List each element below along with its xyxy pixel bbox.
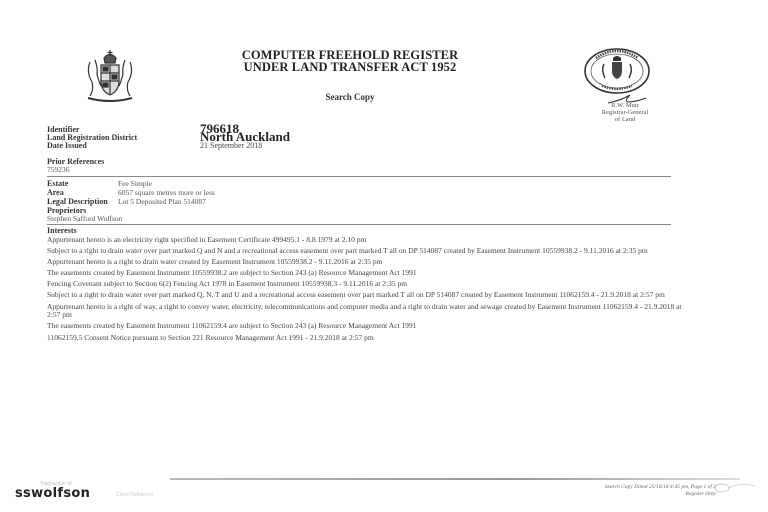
legal-description-label: Legal Description: [47, 197, 108, 206]
registrar-title-2: of Land: [585, 116, 665, 123]
title-line-2: UNDER LAND TRANSFER ACT 1952: [185, 61, 515, 73]
legal-description-value: Lot 5 Deposited Plan 514087: [118, 197, 206, 206]
client-reference-label: Client Reference: [116, 492, 153, 498]
interest-item: Appurtenant hereto is a right to drain w…: [47, 258, 687, 267]
interest-item: The easements created by Easement Instru…: [47, 322, 687, 331]
divider: [47, 224, 671, 225]
interest-item: 11062159.5 Consent Notice pursuant to Se…: [47, 334, 687, 343]
interest-item: The easements created by Easement Instru…: [47, 269, 687, 278]
interests-list: Appurtenant hereto is an electricity rig…: [47, 236, 687, 345]
footer-divider: [170, 478, 740, 480]
estate-value: Fee Simple: [118, 179, 152, 188]
username-watermark: sswolfson: [15, 486, 90, 501]
document-title: COMPUTER FREEHOLD REGISTER UNDER LAND TR…: [185, 49, 515, 73]
prior-references-value: 759236: [47, 165, 70, 174]
interests-label: Interests: [47, 226, 77, 235]
proprietors-value: Stephen Safford Wolfson: [47, 214, 122, 223]
estate-label: Estate: [47, 179, 68, 188]
area-label: Area: [47, 188, 64, 197]
divider: [47, 176, 671, 177]
interest-item: Fencing Covenant subject to Section 6(2)…: [47, 280, 687, 289]
footer-swirl-icon: [712, 482, 756, 494]
date-issued-value: 21 September 2018: [200, 141, 262, 150]
search-copy-label: Search Copy: [185, 92, 515, 102]
interest-item: Subject to a right to drain water over p…: [47, 291, 687, 300]
footer-page-info: Search Copy Dated 25/10/18 4:45 pm, Page…: [490, 484, 716, 498]
registrar-seal-icon: [582, 46, 652, 96]
coat-of-arms-icon: [82, 48, 138, 104]
interest-item: Appurtenant hereto is an electricity rig…: [47, 236, 687, 245]
register-only-label: Register Only: [490, 491, 716, 498]
registrar-name: R.W. Muir: [585, 102, 665, 109]
search-copy-dated: Search Copy Dated 25/10/18 4:45 pm, Page…: [490, 484, 716, 491]
date-issued-label: Date Issued: [47, 141, 87, 150]
registrar-caption: R.W. Muir Registrar-General of Land: [585, 102, 665, 123]
interest-item: Appurtenant hereto is a right of way, a …: [47, 303, 687, 321]
area-value: 6057 square metres more or less: [118, 188, 215, 197]
interest-item: Subject to a right to drain water over p…: [47, 247, 687, 256]
registrar-title: Registrar-General: [585, 109, 665, 116]
